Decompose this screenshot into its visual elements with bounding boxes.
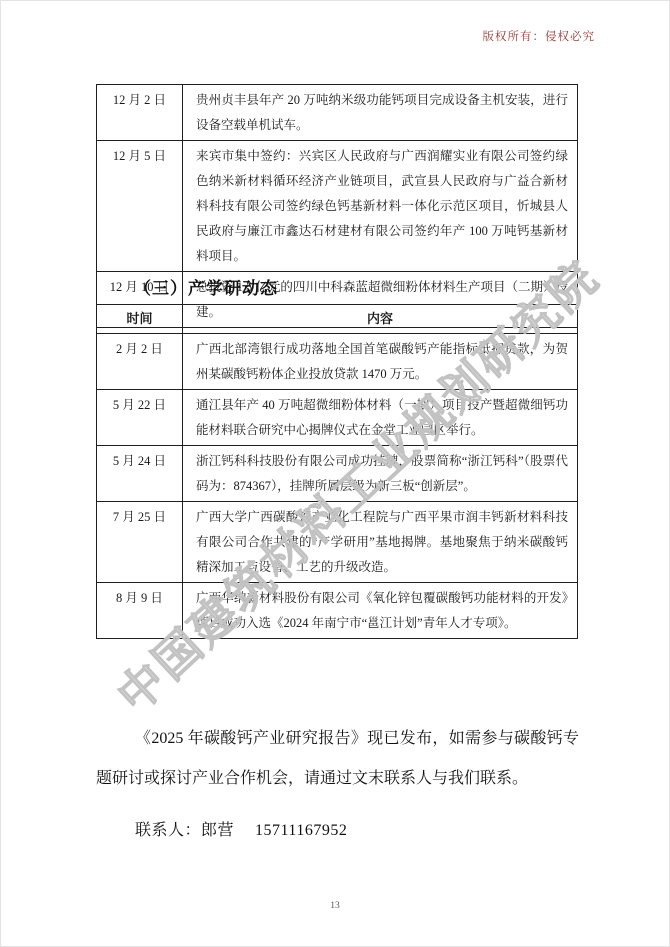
content-cell: 通江县年产 40 万吨超微细粉体材料（一期）项目投产暨超微细钙功能材料联合研究中… xyxy=(183,390,578,446)
date-cell: 7 月 25 日 xyxy=(97,502,183,583)
copyright-notice: 版权所有：侵权必究 xyxy=(483,28,596,44)
table-row: 8 月 9 日 广西华纳新材料股份有限公司《氧化锌包覆碳酸钙功能材料的开发》项目… xyxy=(97,583,578,639)
section-heading: （三）产学研动态 xyxy=(134,274,278,299)
date-cell: 12 月 2 日 xyxy=(97,85,183,141)
table-header-row: 时间 内容 xyxy=(97,305,578,334)
page-number: 13 xyxy=(1,901,669,911)
content-cell: 广西北部湾银行成功落地全国首笔碳酸钙产能指标抵押贷款，为贺州某碳酸钙粉体企业投放… xyxy=(183,334,578,390)
header-time: 时间 xyxy=(97,305,183,334)
date-cell: 12 月 5 日 xyxy=(97,141,183,272)
content-cell: 广西大学广西碳酸钙产业化工程院与广西平果市润丰钙新材料科技有限公司合作共建的“产… xyxy=(183,502,578,583)
date-cell: 8 月 9 日 xyxy=(97,583,183,639)
table-row: 12 月 5 日 来宾市集中签约：兴宾区人民政府与广西润耀实业有限公司签约绿色纳… xyxy=(97,141,578,272)
table-row: 2 月 2 日 广西北部湾银行成功落地全国首笔碳酸钙产能指标抵押贷款，为贺州某碳… xyxy=(97,334,578,390)
date-cell: 5 月 24 日 xyxy=(97,446,183,502)
table-row: 7 月 25 日 广西大学广西碳酸钙产业化工程院与广西平果市润丰钙新材料科技有限… xyxy=(97,502,578,583)
industry-academia-table: 时间 内容 2 月 2 日 广西北部湾银行成功落地全国首笔碳酸钙产能指标抵押贷款… xyxy=(96,304,578,639)
table-row: 5 月 24 日 浙江钙科科技股份有限公司成功挂牌，股票简称“浙江钙科”（股票代… xyxy=(97,446,578,502)
contact-line: 联系人：郎营 15711167952 xyxy=(135,817,347,840)
table-row: 5 月 22 日 通江县年产 40 万吨超微细粉体材料（一期）项目投产暨超微细钙… xyxy=(97,390,578,446)
date-cell: 2 月 2 日 xyxy=(97,334,183,390)
content-cell: 浙江钙科科技股份有限公司成功挂牌，股票简称“浙江钙科”（股票代码为：874367… xyxy=(183,446,578,502)
table-row: 12 月 2 日 贵州贞丰县年产 20 万吨纳米级功能钙项目完成设备主机安装，进… xyxy=(97,85,578,141)
content-cell: 广西华纳新材料股份有限公司《氧化锌包覆碳酸钙功能材料的开发》项目成功入选《202… xyxy=(183,583,578,639)
closing-paragraph: 《2025 年碳酸钙产业研究报告》现已发布，如需参与碳酸钙专题研讨或探讨产业合作… xyxy=(96,719,579,799)
document-page: 版权所有：侵权必究 中国建筑材料工业规划研究院 12 月 2 日 贵州贞丰县年产… xyxy=(0,0,670,947)
date-cell: 5 月 22 日 xyxy=(97,390,183,446)
content-cell: 贵州贞丰县年产 20 万吨纳米级功能钙项目完成设备主机安装，进行设备空载单机试车… xyxy=(183,85,578,141)
content-cell: 来宾市集中签约：兴宾区人民政府与广西润耀实业有限公司签约绿色纳米新材料循环经济产… xyxy=(183,141,578,272)
header-content: 内容 xyxy=(183,305,578,334)
